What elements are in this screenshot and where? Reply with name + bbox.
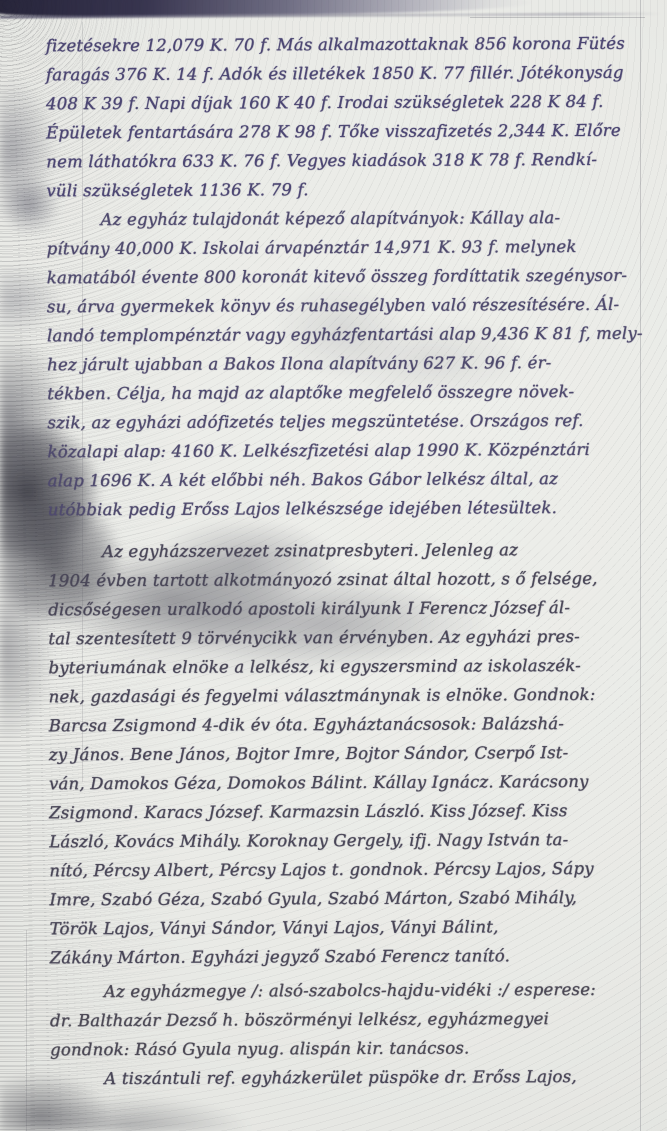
- handwriting-line: Zsigmond. Karacs József. Karmazsin Lászl…: [49, 796, 649, 828]
- paragraph-2: Az egyház tulajdonát képező alapítványok…: [46, 203, 647, 525]
- handwriting-line: Az egyházmegye /: alsó-szabolcs-hajdu-vi…: [50, 975, 650, 1007]
- handwriting-line: 1904 évben tartott alkotmányozó zsinat á…: [48, 564, 648, 596]
- handwriting-line: A tiszántuli ref. egyházkerület püspöke …: [50, 1062, 650, 1094]
- handwriting-line: tékben. Célja, ha majd az alaptőke megfe…: [47, 377, 647, 409]
- handwriting-line: vüli szükségletek 1136 K. 79 f.: [46, 174, 646, 206]
- scan-edge-line-top: [470, 17, 645, 18]
- handwriting-line: ván, Damokos Géza, Domokos Bálint. Kálla…: [49, 767, 649, 799]
- handwriting-line: 408 K 39 f. Napi díjak 160 K 40 f. Iroda…: [46, 87, 646, 119]
- handwriting-line: Az egyházszervezet zsinatpresbyteri. Jel…: [48, 535, 648, 567]
- handwriting-line: Az egyház tulajdonát képező alapítványok…: [46, 203, 646, 235]
- handwriting-line: nem láthatókra 633 K. 76 f. Vegyes kiadá…: [46, 145, 646, 177]
- handwriting-line: közalapi alap: 4160 K. Lelkészfizetési a…: [47, 435, 647, 467]
- toner-band-top-edge: [0, 0, 533, 17]
- paragraph-3: Az egyházszervezet zsinatpresbyteri. Jel…: [48, 535, 650, 973]
- handwriting-line: faragás 376 K. 14 f. Adók és illetékek 1…: [46, 58, 646, 90]
- handwriting-line: tal szentesített 9 törvénycikk van érvén…: [48, 622, 648, 654]
- handwriting-line: nító, Pércsy Albert, Pércsy Lajos t. gon…: [49, 854, 649, 886]
- page-margin-line-left-lower: [26, 930, 27, 1131]
- paragraph-1: fizetésekre 12,079 K. 70 f. Más alkalmaz…: [46, 29, 647, 206]
- handwritten-text: fizetésekre 12,079 K. 70 f. Más alkalmaz…: [46, 29, 651, 1094]
- handwriting-line: dr. Balthazár Dezső h. böszörményi lelké…: [50, 1004, 650, 1036]
- handwriting-line: su, árva gyermekek könyv és ruhasegélybe…: [47, 290, 647, 322]
- handwriting-line: nek, gazdasági és fegyelmi választmányna…: [49, 680, 649, 712]
- handwriting-line: hez járult ujabban a Bakos Ilona alapítv…: [47, 348, 647, 380]
- handwriting-line: alap 1696 K. A két előbbi néh. Bakos Gáb…: [48, 464, 648, 496]
- paragraph-5: A tiszántuli ref. egyházkerület püspöke …: [50, 1062, 650, 1094]
- handwriting-line: szik, az egyházi adófizetés teljes megsz…: [47, 406, 647, 438]
- handwriting-line: fizetésekre 12,079 K. 70 f. Más alkalmaz…: [46, 29, 646, 61]
- handwriting-line: utóbbiak pedig Erőss Lajos lelkészsége i…: [48, 493, 648, 525]
- handwriting-line: Zákány Márton. Egyházi jegyző Szabó Fere…: [50, 941, 650, 973]
- handwriting-line: Török Lajos, Ványi Sándor, Ványi Lajos, …: [50, 912, 650, 944]
- handwriting-line: dicsőségesen uralkodó apostoli királyunk…: [48, 593, 648, 625]
- handwriting-line: landó templompénztár vagy egyházfentartá…: [47, 319, 647, 351]
- handwriting-line: Barcsa Zsigmond 4-dik év óta. Egyháztaná…: [49, 709, 649, 741]
- handwriting-line: pítvány 40,000 K. Iskolai árvapénztár 14…: [47, 232, 647, 264]
- handwriting-line: Imre, Szabó Géza, Szabó Gyula, Szabó Már…: [49, 883, 649, 915]
- handwriting-line: László, Kovács Mihály. Koroknay Gergely,…: [49, 825, 649, 857]
- paragraph-4: Az egyházmegye /: alsó-szabolcs-hajdu-vi…: [50, 975, 650, 1065]
- handwriting-line: byteriumának elnöke a lelkész, ki egysze…: [48, 651, 648, 683]
- scanned-page: fizetésekre 12,079 K. 70 f. Más alkalmaz…: [0, 0, 667, 1131]
- toner-band-top-tail: [0, 12, 660, 18]
- handwriting-line: zy János. Bene János, Bojtor Imre, Bojto…: [49, 738, 649, 770]
- handwriting-line: kamatából évente 800 koronát kitevő össz…: [47, 261, 647, 293]
- handwriting-line: Épületek fentartására 278 K 98 f. Tőke v…: [46, 116, 646, 148]
- handwriting-line: gondnok: Rásó Gyula nyug. alispán kir. t…: [50, 1033, 650, 1065]
